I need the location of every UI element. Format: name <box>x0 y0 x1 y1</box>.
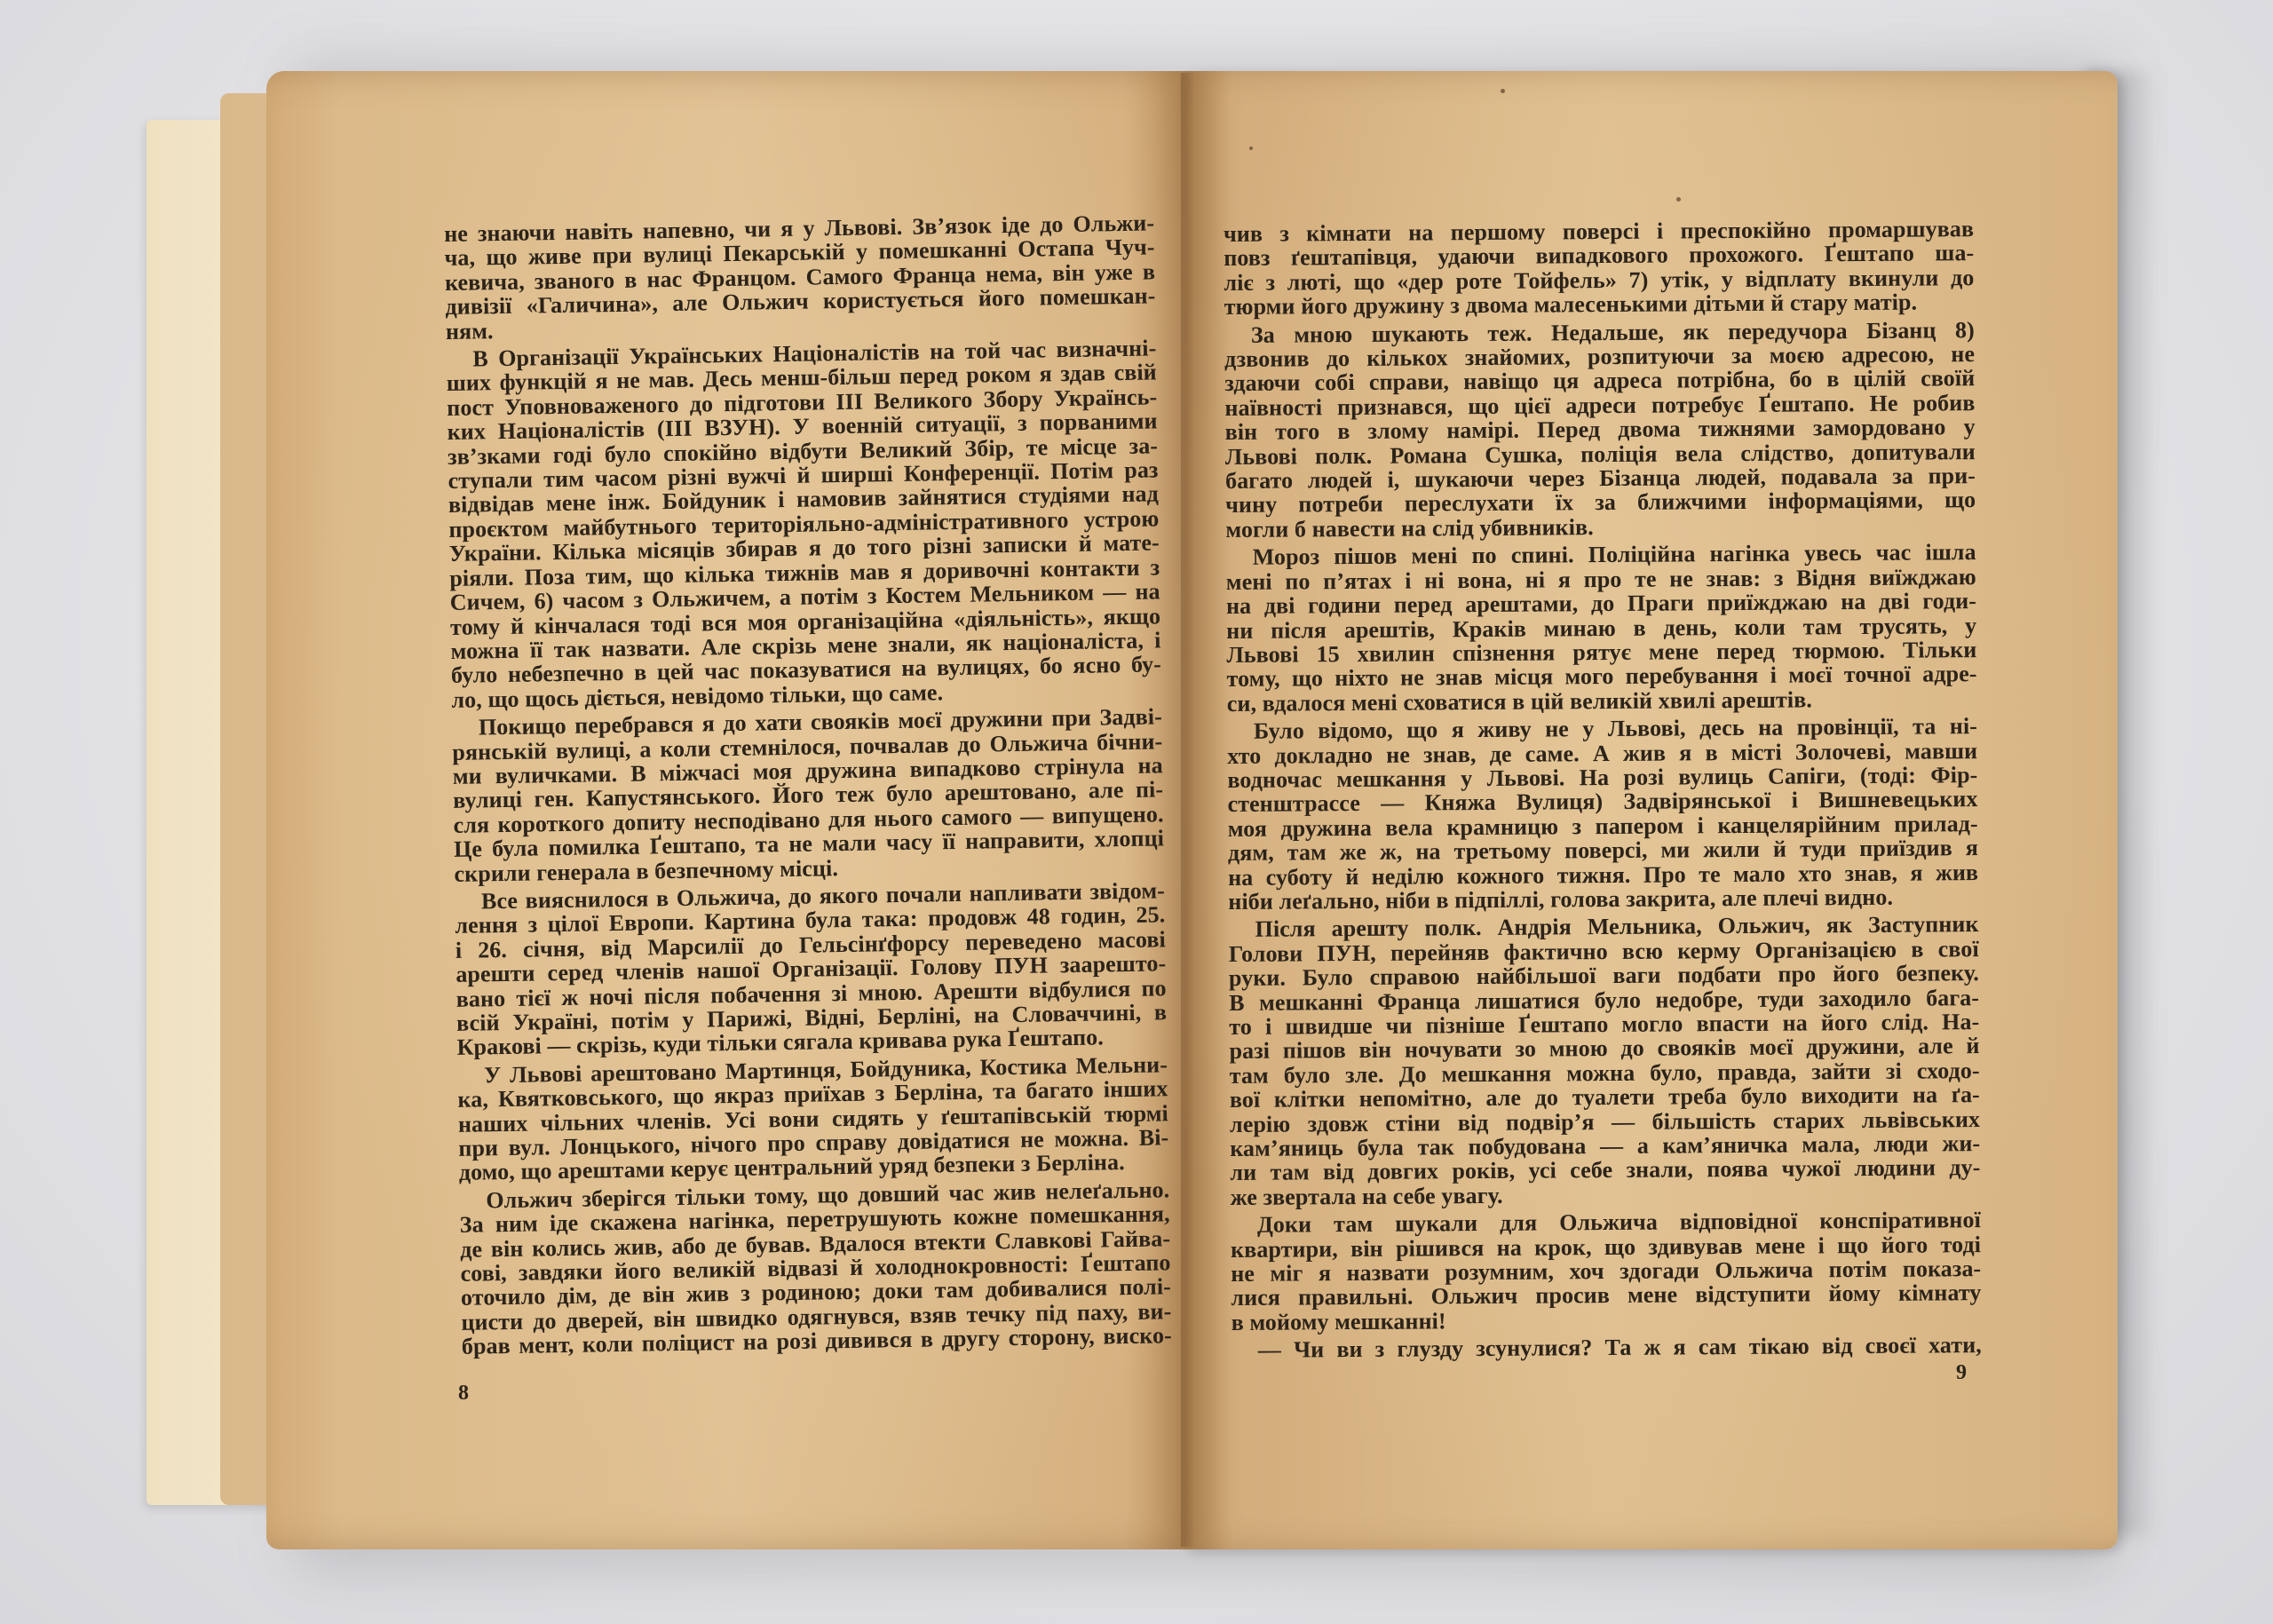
paper-speck <box>1249 147 1253 150</box>
text-line: ли там від довгих років, усі себе знали,… <box>1230 1156 1980 1185</box>
text-line: могли б навести на слід убивників. <box>1225 512 1976 542</box>
text-line: си, вдалося мені сховатися в цій великій… <box>1227 686 1977 716</box>
text-line: ніби леґально, ніби в підпіллі, голова з… <box>1228 884 1978 914</box>
paper-speck <box>1676 197 1681 202</box>
text-line: тюрми його дружину з двома малесенькими … <box>1224 289 1975 319</box>
text-line: же звертала на себе увагу. <box>1231 1180 1981 1209</box>
paper-speck <box>1501 89 1505 93</box>
right-page-text: чив з кімнати на першому поверсі і пресп… <box>1224 217 1982 1363</box>
page-number-right: 9 <box>1956 1361 1967 1385</box>
text-line: тому, що ніхто не знав місця мого перебу… <box>1226 661 1976 691</box>
text-line: лися правильні. Ольжич просив мене відст… <box>1231 1281 1981 1311</box>
book-gutter <box>1181 73 1193 1547</box>
text-line: чину потреби переслухати їх за ближчими … <box>1225 488 1976 518</box>
page-number-left: 8 <box>458 1382 469 1406</box>
left-page-text: не знаючи навіть напевно, чи я у Львові.… <box>444 210 1172 1359</box>
text-line: — Чи ви з глузду зсунулися? Та ж я сам т… <box>1232 1333 1982 1362</box>
text-line: в мойому мешканні! <box>1232 1305 1982 1335</box>
